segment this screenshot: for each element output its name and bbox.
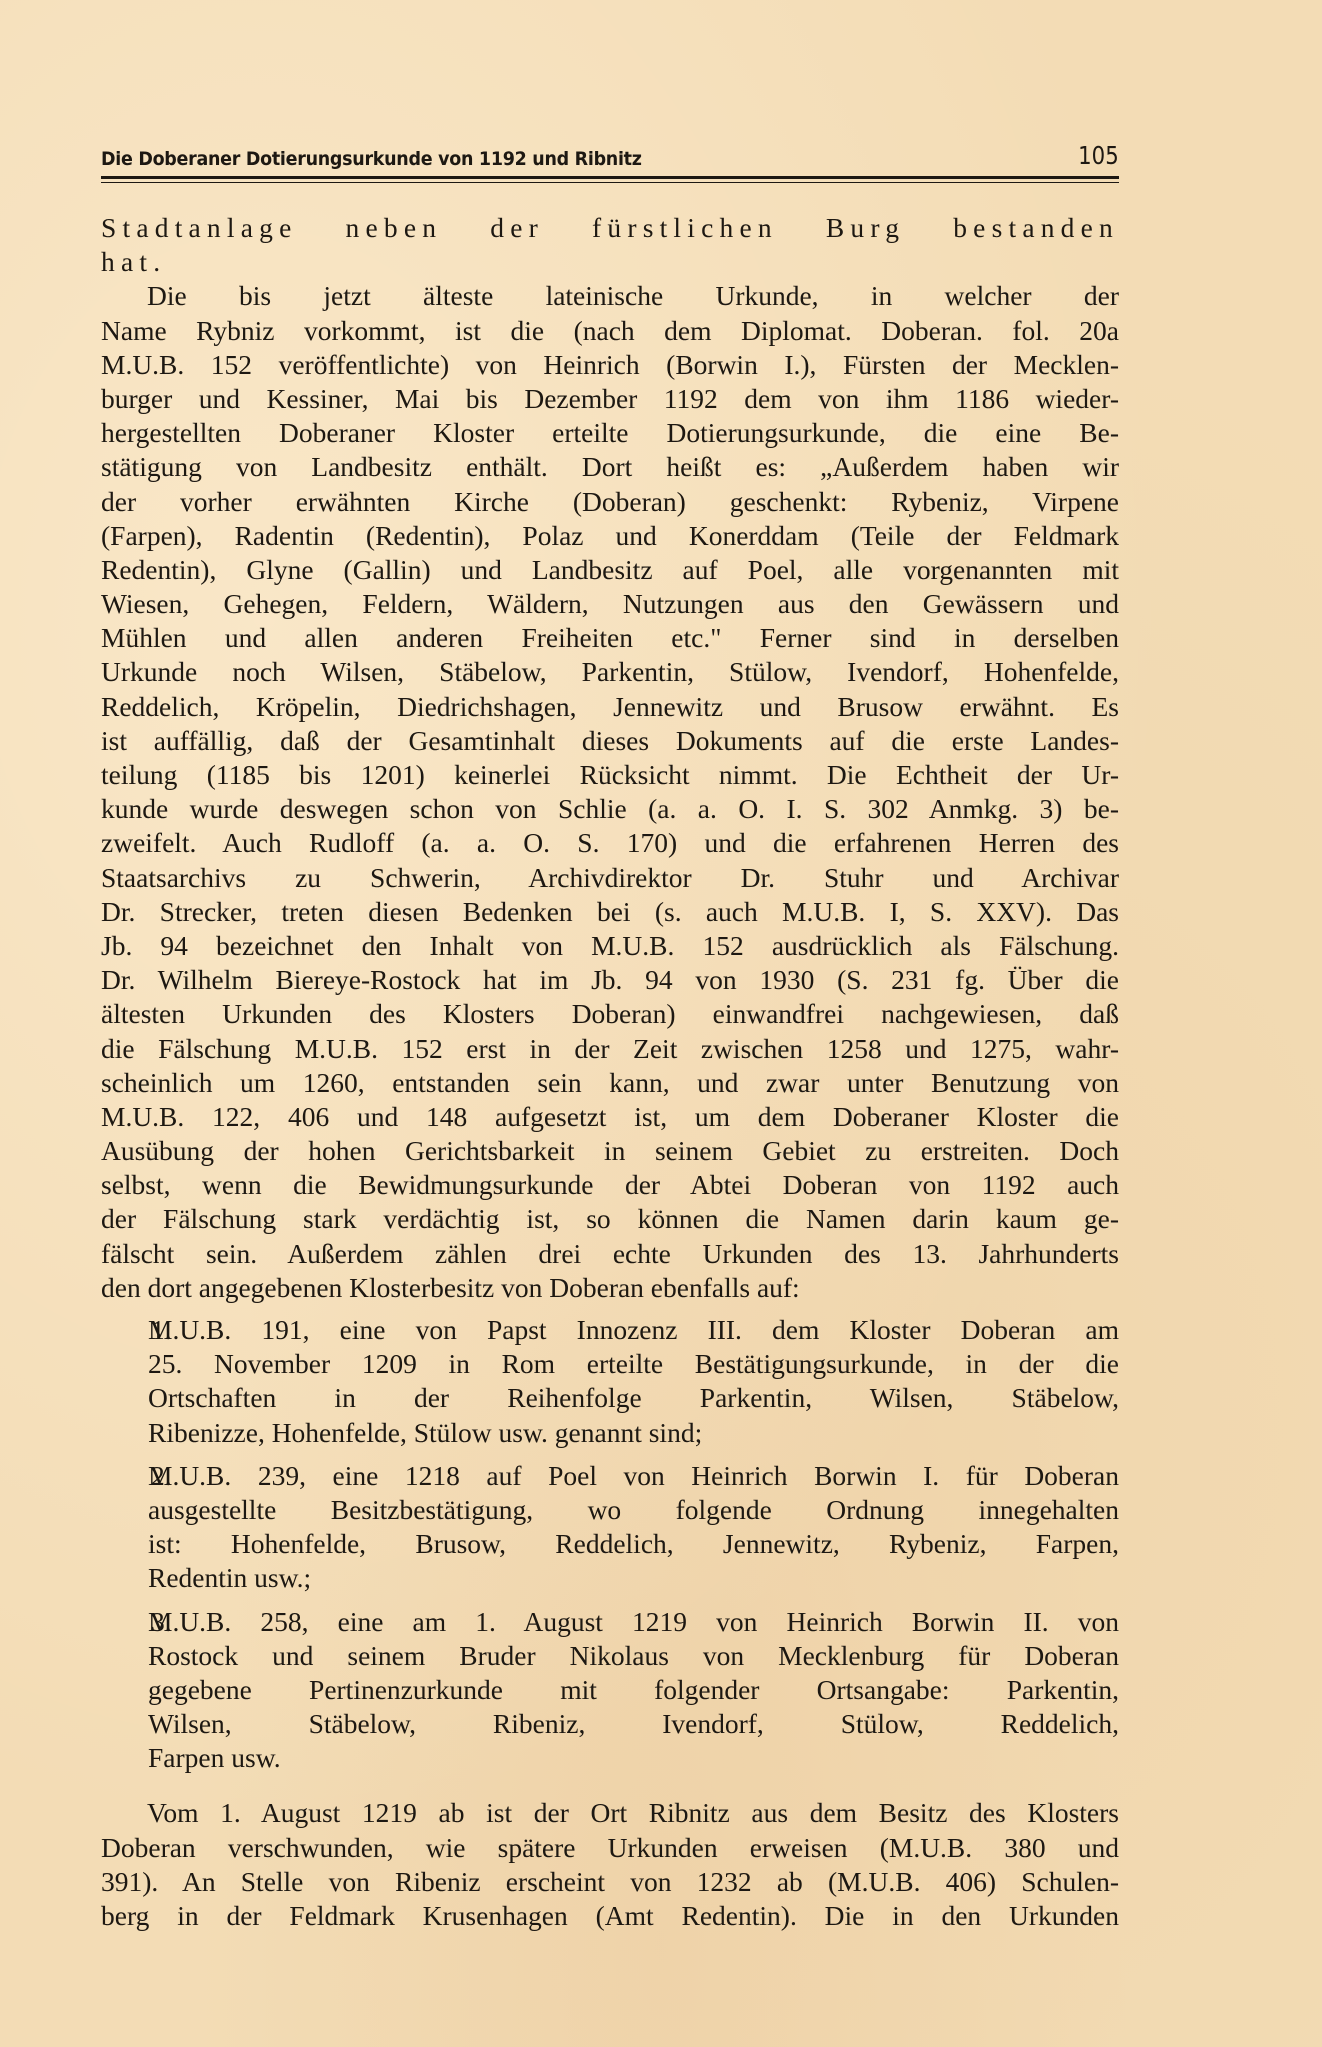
text-line: Staatsarchivs zu Schwerin, Archivdirekto… xyxy=(101,861,1119,895)
text-line: Jb. 94 bezeichnet den Inhalt von M.U.B. … xyxy=(101,929,1119,963)
page-number: 105 xyxy=(1078,141,1119,170)
paragraph-3: Vom 1. August 1219 ab ist der Ort Ribnit… xyxy=(101,1796,1119,1933)
text-line: fälscht sein. Außerdem zählen drei echte… xyxy=(101,1237,1119,1271)
header-rule-thin xyxy=(101,182,1119,183)
text-line: berg in der Feldmark Krusenhagen (Amt Re… xyxy=(101,1899,1119,1933)
text-line: ausgestellte Besitzbestätigung, wo folge… xyxy=(148,1493,1119,1527)
running-title: Die Doberaner Dotierungsurkunde von 1192… xyxy=(101,148,642,170)
text-line: M.U.B. 152 veröffentlichte) von Heinrich… xyxy=(101,348,1119,382)
text-line: zweifelt. Auch Rudloff (a. a. O. S. 170)… xyxy=(101,826,1119,860)
text-line: scheinlich um 1260, entstanden sein kann… xyxy=(101,1066,1119,1100)
text-line: ältesten Urkunden des Klosters Doberan) … xyxy=(101,997,1119,1031)
text-line: Ausübung der hohen Gerichtsbarkeit in se… xyxy=(101,1134,1119,1168)
text-line: M.U.B. 258, eine am 1. August 1219 von H… xyxy=(148,1605,1119,1639)
text-line: Wilsen, Stäbelow, Ribeniz, Ivendorf, Stü… xyxy=(148,1707,1119,1741)
text-line: Ribenizze, Hohenfelde, Stülow usw. genan… xyxy=(148,1416,1119,1450)
text-line: Dr. Strecker, treten diesen Bedenken bei… xyxy=(101,895,1119,929)
text-line: Farpen usw. xyxy=(148,1741,1119,1775)
paragraph-gap xyxy=(101,1784,1119,1796)
text-line: die Fälschung M.U.B. 152 erst in der Zei… xyxy=(101,1032,1119,1066)
list-item-number: 2. xyxy=(151,1459,172,1493)
text-line: Urkunde noch Wilsen, Stäbelow, Parkentin… xyxy=(101,655,1119,689)
text-line: kunde wurde deswegen schon von Schlie (a… xyxy=(101,792,1119,826)
text-line: stätigung von Landbesitz enthält. Dort h… xyxy=(101,450,1119,484)
running-header: Die Doberaner Dotierungsurkunde von 1192… xyxy=(101,140,1119,170)
text-line: ist auffällig, daß der Gesamtinhalt dies… xyxy=(101,724,1119,758)
list-item: 1. M.U.B. 191, eine von Papst Innozenz I… xyxy=(101,1313,1119,1450)
text-line: Mühlen und allen anderen Freiheiten etc.… xyxy=(101,621,1119,655)
book-page: Die Doberaner Dotierungsurkunde von 1192… xyxy=(101,140,1119,1933)
list-item-number: 3. xyxy=(151,1605,172,1639)
text-line: M.U.B. 239, eine 1218 auf Poel von Heinr… xyxy=(148,1459,1119,1493)
text-line: Stadtanlage neben der fürstlichen Burg b… xyxy=(101,211,1119,245)
text-line: Vom 1. August 1219 ab ist der Ort Ribnit… xyxy=(101,1796,1119,1830)
body-text: Stadtanlage neben der fürstlichen Burg b… xyxy=(101,211,1119,1933)
text-line: 25. November 1209 in Rom erteilte Bestät… xyxy=(148,1347,1119,1381)
text-line: teilung (1185 bis 1201) keinerlei Rücksi… xyxy=(101,758,1119,792)
text-line: Rostock und seinem Bruder Nikolaus von M… xyxy=(148,1639,1119,1673)
text-line: Redentin), Glyne (Gallin) und Landbesitz… xyxy=(101,553,1119,587)
text-line: Die bis jetzt älteste lateinische Urkund… xyxy=(101,279,1119,313)
text-line: hat. xyxy=(101,245,1119,279)
header-rule-thick xyxy=(101,176,1119,179)
text-line: M.U.B. 122, 406 und 148 aufgesetzt ist, … xyxy=(101,1100,1119,1134)
text-line: 391). An Stelle von Ribeniz erscheint vo… xyxy=(101,1865,1119,1899)
text-line: selbst, wenn die Bewidmungsurkunde der A… xyxy=(101,1168,1119,1202)
text-line: Dr. Wilhelm Biereye-Rostock hat im Jb. 9… xyxy=(101,963,1119,997)
text-line: Name Rybniz vorkommt, ist die (nach dem … xyxy=(101,314,1119,348)
text-line: Wiesen, Gehegen, Feldern, Wäldern, Nutzu… xyxy=(101,587,1119,621)
text-line: M.U.B. 191, eine von Papst Innozenz III.… xyxy=(148,1313,1119,1347)
text-line: (Farpen), Radentin (Redentin), Polaz und… xyxy=(101,519,1119,553)
text-line: Doberan verschwunden, wie spätere Urkund… xyxy=(101,1831,1119,1865)
text-line: hergestellten Doberaner Kloster erteilte… xyxy=(101,416,1119,450)
text-line: Redentin usw.; xyxy=(148,1561,1119,1595)
text-line: burger und Kessiner, Mai bis Dezember 11… xyxy=(101,382,1119,416)
paragraph-2: Die bis jetzt älteste lateinische Urkund… xyxy=(101,279,1119,1305)
paragraph-1: Stadtanlage neben der fürstlichen Burg b… xyxy=(101,211,1119,279)
document-list: 1. M.U.B. 191, eine von Papst Innozenz I… xyxy=(101,1313,1119,1775)
text-line: gegebene Pertinenzurkunde mit folgender … xyxy=(148,1673,1119,1707)
text-line: ist: Hohenfelde, Brusow, Reddelich, Jenn… xyxy=(148,1527,1119,1561)
text-line: der vorher erwähnten Kirche (Doberan) ge… xyxy=(101,485,1119,519)
text-line: den dort angegebenen Klosterbesitz von D… xyxy=(101,1271,1119,1305)
text-line: Reddelich, Kröpelin, Diedrichshagen, Jen… xyxy=(101,690,1119,724)
list-item: 2. M.U.B. 239, eine 1218 auf Poel von He… xyxy=(101,1459,1119,1596)
text-line: Ortschaften in der Reihenfolge Parkentin… xyxy=(148,1381,1119,1415)
list-item: 3. M.U.B. 258, eine am 1. August 1219 vo… xyxy=(101,1605,1119,1776)
list-item-number: 1. xyxy=(151,1313,172,1347)
text-line: der Fälschung stark verdächtig ist, so k… xyxy=(101,1202,1119,1236)
